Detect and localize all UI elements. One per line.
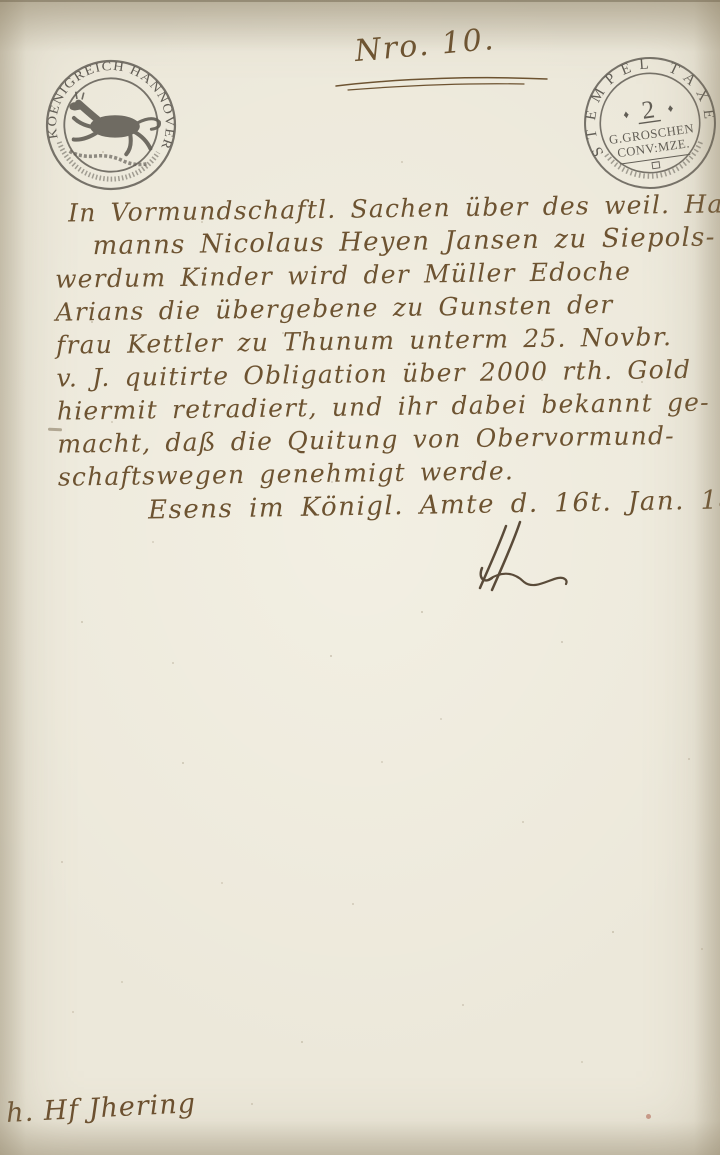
stamp-denomination: 2 (640, 95, 656, 124)
document-page: Nro. 10. KOENIGREICH HANNOVER (0, 0, 720, 1155)
stamp-seal-mark-icon (652, 162, 660, 169)
right-diamond-ornament: ♦ (667, 103, 675, 116)
left-diamond-ornament: ♦ (623, 109, 631, 122)
stamp-ring-text: KOENIGREICH HANNOVER (43, 52, 183, 153)
ground-line (69, 151, 148, 165)
document-number: Nro. 10. (329, 20, 521, 71)
ink-dash-stain (48, 428, 62, 432)
handwritten-body: In Vormundschaftl. Sachen über des weil.… (54, 189, 720, 495)
underline-flourish-icon (332, 72, 552, 94)
footer-signature: h. Hf Jhering (5, 1088, 196, 1129)
red-speck-stain (646, 1114, 651, 1119)
signature-paraph-icon (462, 518, 582, 596)
paper-specks (0, 0, 2, 2)
stempel-taxe-stamp: STEMPEL TAXE ♦ 2 ♦ G.GROSCHEN CONV:MZE. (573, 46, 720, 200)
hannover-stamp: KOENIGREICH HANNOVER (37, 51, 184, 198)
